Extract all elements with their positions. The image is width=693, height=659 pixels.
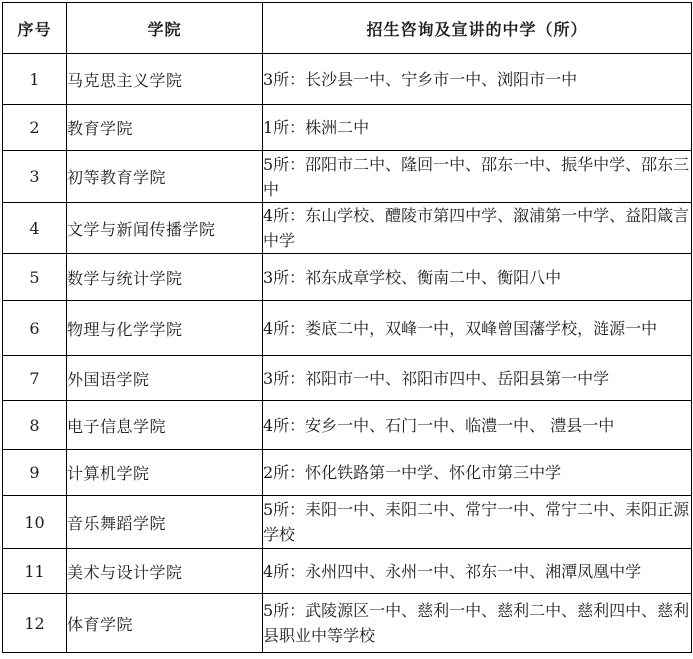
table-row: 5 数学与统计学院 3所：祁东成章学校、衡南二中、衡阳八中 (3, 254, 692, 301)
table-row: 3 初等教育学院 5所：邵阳市二中、隆回一中、邵东一中、振华中学、邵东三中 (3, 151, 692, 203)
schools-list: 3所：长沙县一中、宁乡市一中、浏阳市一中 (263, 54, 692, 105)
table-row: 4 文学与新闻传播学院 4所：东山学校、醴陵市第四中学、溆浦第一中学、益阳箴言中… (3, 203, 692, 254)
college-name: 音乐舞蹈学院 (67, 496, 263, 549)
row-number: 12 (3, 594, 67, 653)
college-name: 文学与新闻传播学院 (67, 203, 263, 254)
table-row: 2 教育学院 1所：株洲二中 (3, 105, 692, 151)
schools-list: 4所：安乡一中、石门一中、临澧一中、 澧县一中 (263, 401, 692, 450)
college-name: 计算机学院 (67, 450, 263, 496)
college-name: 初等教育学院 (67, 151, 263, 203)
table-row: 11 美术与设计学院 4所：永州四中、永州一中、祁东一中、湘潭凤凰中学 (3, 549, 692, 594)
college-name: 体育学院 (67, 594, 263, 653)
row-number: 8 (3, 401, 67, 450)
schools-list: 4所：永州四中、永州一中、祁东一中、湘潭凤凰中学 (263, 549, 692, 594)
column-header-college: 学院 (67, 3, 263, 54)
row-number: 10 (3, 496, 67, 549)
row-number: 3 (3, 151, 67, 203)
row-number: 6 (3, 301, 67, 356)
table-row: 10 音乐舞蹈学院 5所：耒阳一中、耒阳二中、常宁一中、常宁二中、耒阳正源学校 (3, 496, 692, 549)
schools-list: 5所：武陵源区一中、慈利一中、慈利二中、慈利四中、慈利县职业中等学校 (263, 594, 692, 653)
row-number: 11 (3, 549, 67, 594)
college-name: 教育学院 (67, 105, 263, 151)
college-name: 物理与化学学院 (67, 301, 263, 356)
table-row: 7 外国语学院 3所：祁阳市一中、祁阳市四中、岳阳县第一中学 (3, 356, 692, 401)
college-name: 电子信息学院 (67, 401, 263, 450)
table-row: 6 物理与化学学院 4所：娄底二中，双峰一中，双峰曾国藩学校，涟源一中 (3, 301, 692, 356)
schools-list: 4所：娄底二中，双峰一中，双峰曾国藩学校，涟源一中 (263, 301, 692, 356)
table-header-row: 序号 学院 招生咨询及宣讲的中学（所） (3, 3, 692, 54)
schools-list: 5所：邵阳市二中、隆回一中、邵东一中、振华中学、邵东三中 (263, 151, 692, 203)
column-header-no: 序号 (3, 3, 67, 54)
table-row: 8 电子信息学院 4所：安乡一中、石门一中、临澧一中、 澧县一中 (3, 401, 692, 450)
table-row: 1 马克思主义学院 3所：长沙县一中、宁乡市一中、浏阳市一中 (3, 54, 692, 105)
schools-list: 2所：怀化铁路第一中学、怀化市第三中学 (263, 450, 692, 496)
schools-list: 1所：株洲二中 (263, 105, 692, 151)
schools-list: 4所：东山学校、醴陵市第四中学、溆浦第一中学、益阳箴言中学 (263, 203, 692, 254)
schools-list: 3所：祁东成章学校、衡南二中、衡阳八中 (263, 254, 692, 301)
table-row: 12 体育学院 5所：武陵源区一中、慈利一中、慈利二中、慈利四中、慈利县职业中等… (3, 594, 692, 653)
college-name: 数学与统计学院 (67, 254, 263, 301)
college-name: 马克思主义学院 (67, 54, 263, 105)
row-number: 5 (3, 254, 67, 301)
table-row: 9 计算机学院 2所：怀化铁路第一中学、怀化市第三中学 (3, 450, 692, 496)
admissions-consultation-table: 序号 学院 招生咨询及宣讲的中学（所） 1 马克思主义学院 3所：长沙县一中、宁… (2, 2, 692, 653)
row-number: 4 (3, 203, 67, 254)
schools-list: 5所：耒阳一中、耒阳二中、常宁一中、常宁二中、耒阳正源学校 (263, 496, 692, 549)
row-number: 9 (3, 450, 67, 496)
college-name: 外国语学院 (67, 356, 263, 401)
row-number: 1 (3, 54, 67, 105)
row-number: 2 (3, 105, 67, 151)
column-header-schools: 招生咨询及宣讲的中学（所） (263, 3, 692, 54)
college-name: 美术与设计学院 (67, 549, 263, 594)
row-number: 7 (3, 356, 67, 401)
schools-list: 3所：祁阳市一中、祁阳市四中、岳阳县第一中学 (263, 356, 692, 401)
